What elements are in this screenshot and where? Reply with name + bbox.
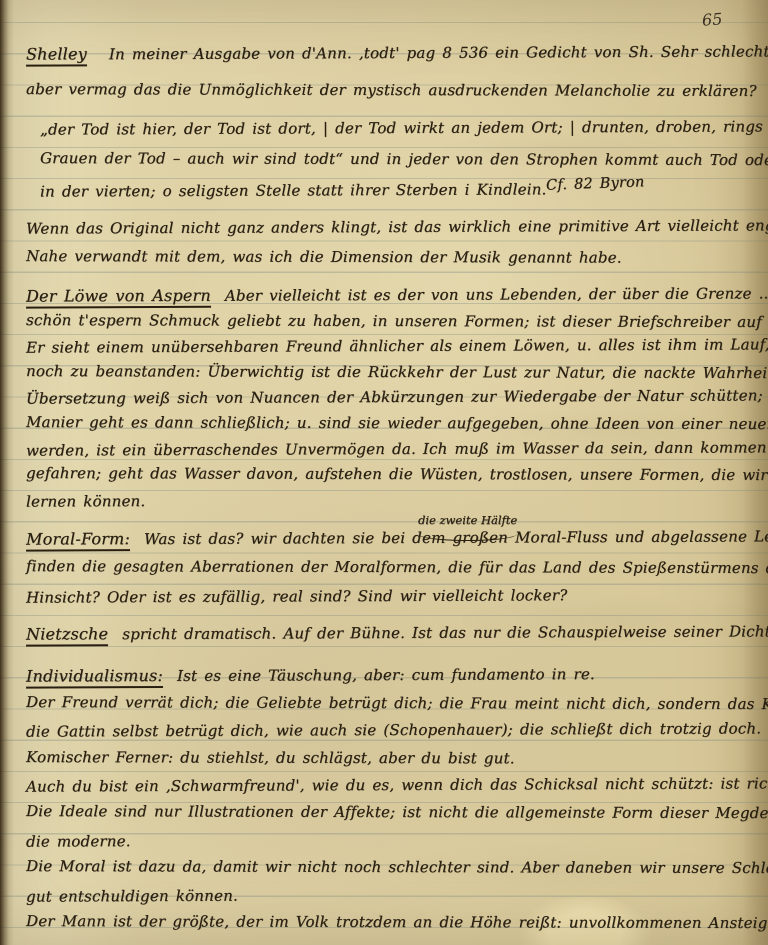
handwritten-line: Der Freund verrät dich; die Geliebte bet… [26,689,752,718]
handwritten-line: Nietzschespricht dramatisch. Auf der Büh… [26,618,752,649]
interline-insertion: die zweite Hälfte [418,506,517,541]
handwritten-line: gefahren; geht das Wasser davon, aufsteh… [26,461,752,488]
handwritten-line: Individualismus:Ist es eine Täuschung, a… [26,660,752,692]
section-der-l-we-von-aspern: Der Löwe von AspernAber vielleicht ist e… [26,282,752,513]
handwritten-line: Wenn das Original nicht ganz anders klin… [26,210,752,243]
handwritten-line: Manier geht es dann schließlich; u. sind… [26,410,752,437]
handwritten-line: Er sieht einem unübersehbaren Freund ähn… [26,333,752,362]
section-nietzsche: Nietzschespricht dramatisch. Auf der Büh… [26,619,752,647]
margin-note-byron: Cf. 82 Byron [545,167,645,201]
paragraph-label: Der Löwe von Aspern [26,286,211,309]
scan-edge-shadow [0,0,14,945]
handwritten-line: Nahe verwandt mit dem, was ich die Dimen… [26,241,752,273]
handwritten-line: noch zu beanstanden: Überwichtig ist die… [26,359,752,386]
handwritten-line: Der Mann ist der größte, der im Volk tro… [26,908,752,937]
handwritten-line: gut entschuldigen können. [26,880,752,911]
handwritten-line: die Gattin selbst betrügt dich, wie auch… [26,716,752,747]
insertion-brace [418,534,517,541]
handwritten-line: Hinsicht? Oder ist es zufällig, real sin… [26,581,752,613]
handwritten-line: Moral-Form:Was ist das? wir dachten sie … [26,522,752,555]
page-number: 65 [701,9,723,29]
handwritten-line: Die Ideale sind nur Illustrationen der A… [26,798,752,827]
handwritten-line: Auch du bist ein ‚Schwarmfreund', wie du… [26,770,752,801]
section-shelley: ShelleyIn meiner Ausgabe von d'Ann. ‚tod… [26,34,752,109]
handwritten-line: ShelleyIn meiner Ausgabe von d'Ann. ‚tod… [26,32,752,73]
handwritten-line: schön t'espern Schmuck geliebt zu haben,… [26,308,752,335]
manuscript-page: 65 ShelleyIn meiner Ausgabe von d'Ann. ‚… [0,0,768,945]
manuscript: ShelleyIn meiner Ausgabe von d'Ann. ‚tod… [26,34,752,936]
handwritten-line: werden, ist ein überraschendes Unvermöge… [26,435,752,464]
handwritten-line: die moderne. [26,825,752,856]
handwritten-line: „der Tod ist hier, der Tod ist dort, | d… [40,111,752,145]
handwritten-line: finden die gesagten Aberrationen der Mor… [26,552,752,583]
handwritten-line: aber vermag das die Unmöglichkeit der my… [26,71,752,110]
handwritten-line: Die Moral ist dazu da, damit wir nicht n… [26,853,752,882]
paragraph-label: Individualismus: [26,666,163,689]
paragraph-label: Nietzsche [26,625,108,647]
handwritten-line: Übersetzung weiß sich von Nuancen der Ab… [26,384,752,413]
section-moral-form: Moral-Form:Was ist das? wir dachten sie … [26,523,752,611]
section-2: Wenn das Original nicht ganz anders klin… [26,212,752,272]
handwritten-line: Der Löwe von AspernAber vielleicht ist e… [26,280,752,310]
handwritten-line: Grauen der Tod – auch wir sind todt“ und… [40,143,752,176]
paragraph-label: Moral-Form: [26,529,130,551]
handwritten-line: lernen können. [26,486,752,515]
paragraph-label: Shelley [26,44,87,66]
handwritten-line: Komischer Ferner: du stiehlst, du schläg… [26,744,752,773]
section-individualismus: Individualismus:Ist es eine Täuschung, a… [26,661,752,936]
section-1: „der Tod ist hier, der Tod ist dort, | d… [26,113,752,206]
handwritten-line: in der vierten; o seligsten Stelle statt… [40,173,752,207]
